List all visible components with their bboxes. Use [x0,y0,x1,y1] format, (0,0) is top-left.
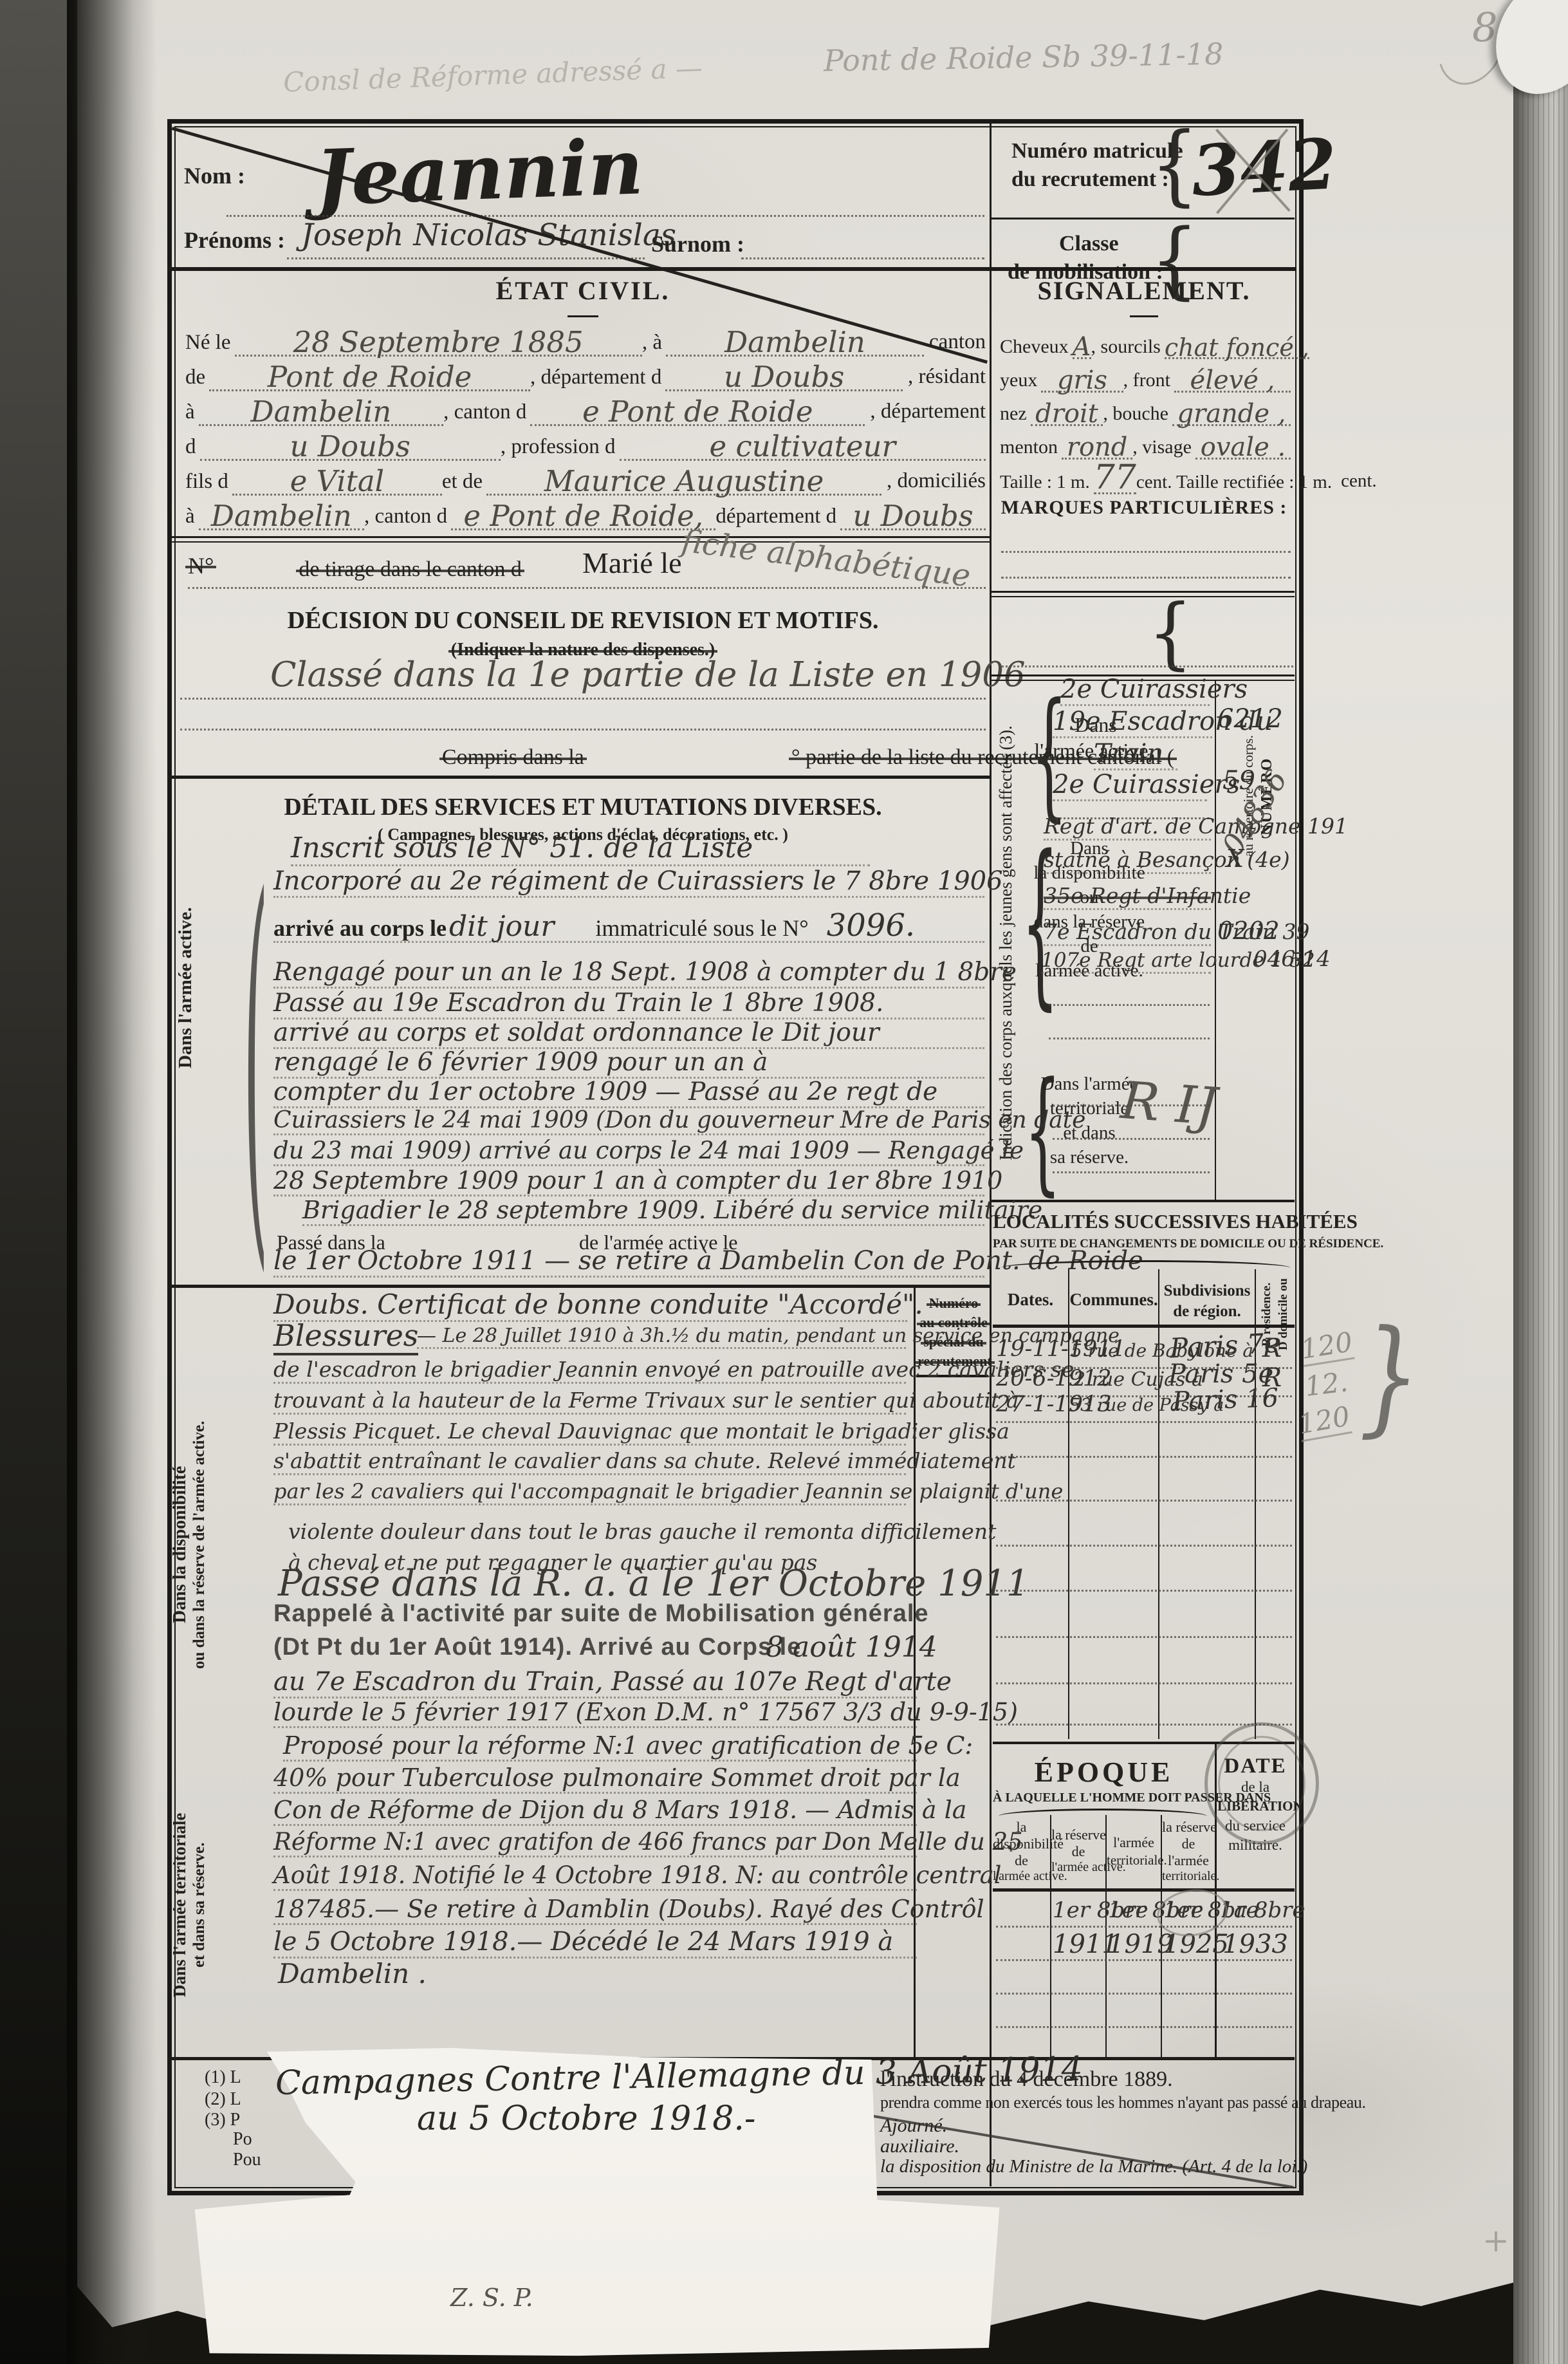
label: , visage [1132,437,1192,458]
epoque-v3a: 1er 8bre [1108,1897,1159,1923]
label: d [185,436,196,458]
localites-empty-line [996,1545,1292,1547]
services-line-8: Cuirassiers le 24 mai 1909 (Don du gouve… [273,1107,984,1135]
field: droit [1031,395,1103,426]
label: , domiciliés [887,469,986,493]
epoque-c2-h0: la réserve [1051,1827,1105,1843]
services-line-10: 28 Septembre 1909 pour 1 an à compter du… [273,1166,984,1196]
localites-title: LOCALITÉS SUCCESSIVES HABITÉES [993,1210,1295,1233]
marie-line [188,587,986,589]
decision-line-2 [180,729,986,731]
field: u Doubs [665,355,903,391]
label: , canton d [443,401,526,423]
corps-g2-entry-1: statné à Besançon (4e) [1044,847,1211,874]
reforme-line-0: Proposé pour la réforme N:1 avec gratifi… [283,1731,917,1762]
hand-segment: 3096. [827,907,915,944]
note-line-4: la disposition du Ministre de la Marine.… [880,2156,1307,2177]
field: Pont de Roide [209,355,530,391]
corps-g2-entry-0: Regt d'art. de Campgne 191 [1044,814,1211,841]
label: , département d [530,366,661,389]
corps-g2-num-4: 046-14 [1253,946,1331,972]
campagnes-line-1: au 5 Octobre 1918.- [417,2099,755,2138]
text: Numéro [929,1295,979,1311]
field: e Pont de Roide [530,390,865,426]
etat-civil-line-1: Né le 28 Septembre 1885 , à Dambelin can… [185,322,986,357]
label: , sourcils [1091,337,1161,357]
field: Dambelin [199,494,364,530]
printed-segment: immatriculé sous le N° [595,915,808,941]
nom-value: Jeannin [314,122,645,223]
matricule-label-2: du recrutement : [1011,167,1169,192]
tirage-strike-label: de tirage dans le canton d [299,557,521,581]
services-brace-active: ( [243,850,268,1274]
field: Dambelin [666,321,924,357]
localites-header-dates: Dates. [993,1290,1068,1310]
epoque-title: ÉPOQUE [993,1756,1215,1789]
epoque-v2a: 1er 8bre [1053,1897,1104,1923]
compris-label-a: Compris dans la [442,745,584,769]
marie-label: Marié le [582,546,682,580]
nom-line [226,215,984,217]
reforme-line-3: Réforme N:1 avec gratifon de 466 francs … [273,1828,917,1857]
corps-empty-line [1053,1171,1210,1173]
surnom-label: Surnom : [651,230,744,257]
field: élevé , [1174,361,1291,393]
mobilisation-arrivee-date: 8 août 1914 [766,1631,937,1664]
epoque-line [996,1926,1292,1928]
epoque-c1-h0: la [993,1819,1050,1836]
marques-line-1 [1001,551,1291,553]
corps-g1-entry-0: 2e Cuirassiers [1060,675,1210,706]
field: e Pont de Roide, [451,494,715,530]
tirage-no-label: N° [188,553,214,579]
degre-brace: { [1148,594,1193,672]
label: , département [870,400,986,423]
localites-row2-line [996,1421,1292,1423]
prenoms-label: Prénoms : [184,227,285,254]
blessures-line-3: Plessis Picquet. Le cheval Dauvignac que… [273,1419,906,1446]
stamp-rappele: Rappelé à l'activité par suite de Mobili… [273,1600,929,1628]
margin-note-120-b: 12. [1303,1366,1349,1402]
field: chat foncé , [1165,329,1309,359]
label: canton [929,330,986,354]
epoque-vda: 1a 8bre [1220,1897,1291,1923]
epoque-v2b: 1911 [1053,1930,1104,1959]
label: cent. [1341,470,1377,492]
pencil-note-top-right: Pont de Roide Sb 39-11-18 [824,37,1224,79]
signalement-rule-b [992,596,1295,597]
etat-civil-line-6: à Dambelin , canton d e Pont de Roide, d… [185,496,986,530]
epoque-c1-h2: de [993,1852,1050,1869]
field: ovale . [1195,428,1291,460]
services-rule [167,1285,991,1288]
margin-brace: } [1359,1314,1420,1440]
blessures-line-0: — Le 28 Juillet 1910 à 3h.½ du matin, pe… [417,1325,906,1349]
blessures-line-4: s'abattit entraînant le cavalier dans sa… [273,1448,906,1475]
matricule-underline [992,218,1295,219]
blessures-line-1: de l'escadron le brigadier Jeannin envoy… [273,1357,906,1384]
decision-classement: Classé dans la 1e partie de la Liste en … [270,655,1026,694]
marques-title: MARQUES PARTICULIÈRES : [993,497,1295,519]
etat-civil-rule-a [167,536,991,538]
epoque-c3-h0: l'armée [1107,1834,1161,1851]
blessures-line-2: trouvant à la hauteur de la Ferme Trivau… [273,1388,906,1415]
services-line-5: arrivé au corps et soldat ordonnance le … [273,1018,984,1049]
label: à [185,505,195,528]
page-edge-strip [1513,0,1568,2364]
etat-civil-title: ÉTAT CIVIL. [184,275,982,306]
field: grande , [1172,395,1291,426]
epoque-c2-h1: de [1051,1843,1105,1860]
epoque-c4-h2: l'armée [1162,1852,1215,1869]
mobilisation-line-3: au 7e Escadron du Train, Passé au 107e R… [273,1667,917,1699]
label: cent. Taille rectifiée : 1 m. [1136,472,1332,492]
nom-label: Nom : [184,162,245,189]
reforme-line-6: le 5 Octobre 1918.— Décédé le 24 Mars 19… [273,1927,917,1959]
reforme-line-2: Con de Réforme de Dijon du 8 Mars 1918. … [273,1796,917,1826]
field: 28 Septembre 1885 [235,321,642,357]
verifier-initials: Z. S. P. [450,2284,533,2312]
book-spine-shadow [0,0,77,2364]
localites-header-rule [993,1325,1295,1328]
localites-header-subdiv-2: de région. [1159,1303,1255,1321]
footnote-frag-3: Po [233,2129,252,2150]
label: Cheveux [1000,337,1069,357]
marques-line-2 [1001,577,1291,579]
label: , bouche [1103,404,1168,424]
services-line-2: arrivé au corps le dit jour immatriculé … [273,907,984,943]
label: , canton d [364,505,447,528]
printed-segment: arrivé au corps le [273,915,447,941]
corps-g2-num-3: 0202 [1217,917,1280,945]
label: menton [1000,437,1058,458]
footnote-frag-0: (1) L [205,2067,241,2088]
corps-g3-note: R IJ [1119,1070,1219,1137]
matricule-value: 342 [1190,124,1339,212]
decision-rule [167,776,991,779]
services-line-13: Doubs. Certificat de bonne conduite "Acc… [273,1289,907,1322]
side-label-armee-active: Dans l'armée active. [175,882,197,1094]
services-line-11: Brigadier le 28 septembre 1909. Libéré d… [302,1196,984,1226]
signalement-row-1: Cheveux A , sourcils chat foncé , [1000,327,1291,359]
services-line-1: Incorporé au 2e régiment de Cuirassiers … [273,866,984,898]
etat-civil-line-2: de Pont de Roide , département d u Doubs… [185,357,986,391]
epoque-c4-h1: de [1162,1836,1215,1852]
services-title: DÉTAIL DES SERVICES ET MUTATIONS DIVERSE… [184,793,982,821]
epoque-line [996,2026,1292,2028]
services-line-6: rengagé le 6 février 1909 pour un an à [273,1048,984,1079]
services-line-0: Inscrit sous le N° 51. de la Liste [291,832,870,866]
note-line-1: prendra comme non exercés tous les homme… [880,2093,1366,2112]
etat-civil-title-dash [567,315,598,317]
localites-empty-line [996,1682,1292,1684]
footnote-frag-2: (3) P [205,2110,240,2130]
field: u Doubs [200,425,501,461]
signalement-row-2: yeux gris , front élevé , [1000,360,1291,393]
label: département d [715,505,836,528]
decision-line-1 [180,698,986,700]
prenoms-line [287,257,645,259]
services-line-4: Passé au 19e Escadron du Train le 1 8bre… [273,989,984,1019]
epoque-c2-h2: l'armée active. [1051,1860,1105,1875]
reforme-line-1: 40% pour Tuberculose pulmonaire Sommet d… [273,1764,917,1794]
label: et de [442,470,483,493]
localites-header-subdiv-1: Subdivisions [1159,1282,1255,1300]
localites-empty-line [996,1590,1292,1592]
field: 77 [1094,454,1136,494]
signalement-rule-a [992,591,1295,593]
hand-segment: dit jour [449,910,554,943]
label: , résidant [908,365,986,389]
footnote-frag-1: (2) L [205,2089,241,2110]
surnom-line [741,257,984,259]
signalement-row-3: nez droit , bouche grande , [1000,394,1291,426]
field: e Vital [232,460,442,496]
etat-civil-line-3: à Dambelin , canton d e Pont de Roide , … [185,391,986,426]
label: , front [1123,370,1170,391]
decision-title: DÉCISION DU CONSEIL DE REVISION ET MOTIF… [184,606,982,635]
corps-g2-entry-3: 7e Escadron du Train 39 [1044,919,1211,946]
label: , profession d [501,436,616,458]
signalement-title-dash [1130,315,1158,317]
label: Né le [185,331,231,354]
margin-plus-mark: + [1482,2222,1509,2259]
blessures-label: Blessures [273,1318,418,1355]
corps-empty-line [1049,1038,1210,1039]
blessures-line-6: violente douleur dans tout le bras gauch… [288,1519,906,1544]
signalement-taille-row: Taille : 1 m. 77 cent. Taille rectifiée … [1000,461,1291,494]
field: Dambelin [199,390,443,426]
mobilisation-passe-ra: Passé dans la R. a. à le 1er Octobre 191… [278,1563,1029,1605]
classe-label-1: Classe [1059,232,1119,256]
services-line-3: Rengagé pour un an le 18 Sept. 1908 à co… [273,958,984,989]
services-line-9: du 23 mai 1909) arrivé au corps le 24 ma… [273,1137,984,1166]
blessures-line-5: par les 2 cavaliers qui l'accompagnait l… [273,1479,906,1505]
corps-empty-line [1053,1138,1210,1140]
epoque-vdb: 1933 [1220,1930,1291,1959]
side-label-dispo-2: ou dans la réserve de l'armée active. [190,1352,210,1738]
reforme-line-4: Août 1918. Notifié le 4 Octobre 1918. N:… [273,1861,917,1891]
corps-g2-entry-4: 107e Regt arte lourde 1 52 [1041,949,1211,974]
epoque-subtitle: À LAQUELLE L'HOMME DOIT PASSER DANS [993,1791,1215,1805]
reforme-line-7: Dambelin . [278,1958,427,1989]
localites-empty-line [996,1456,1292,1458]
etat-civil-line-4: d u Doubs , profession d e cultivateur [185,426,986,461]
epoque-v3b: 1919 [1108,1930,1159,1959]
epoque-header-rule [993,1888,1295,1892]
epoque-line [996,1993,1292,1995]
corps-g1-entry-1: 19e Escadron du [1053,707,1212,738]
etat-civil-line-5: fils d e Vital et de Maurice Augustine ,… [185,461,986,496]
degre-line [999,665,1293,667]
epoque-c3-h1: territoriale. [1107,1852,1161,1868]
localites-header-communes: Communes. [1069,1290,1158,1310]
reforme-line-5: 187485.— Se retire à Damblin (Doubs). Ra… [273,1895,917,1925]
corps-g1-entry-2: Train [1094,739,1177,770]
side-label-terr-1: Dans l'armée territoriale [170,1776,190,2034]
corps-g2-entry-2-struck: 35e Regt d'Infantie [1044,883,1211,910]
field: u Doubs [840,494,986,530]
corps-g2-num-1: X [1226,844,1244,873]
localites-row2-subdiv: Paris 16 [1172,1383,1279,1417]
epoque-c1-h1: disponibilité [993,1836,1050,1852]
label: yeux [1000,370,1037,391]
label: Taille : 1 m. [1000,472,1090,492]
label: de [185,366,205,389]
signalement-title: SIGNALEMENT. [993,275,1295,306]
etat-civil-rule-b [167,541,991,543]
services-line-12: le 1er Octobre 1911 — se retire à Dambel… [273,1246,984,1278]
side-label-terr-2: et dans sa réserve. [190,1789,210,2021]
localites-empty-line [996,1500,1292,1502]
field: gris [1041,361,1123,393]
scanned-military-register-sheet: Consl de Réforme adressé a — Pont de Roi… [0,0,1568,2364]
prenoms-value: Joseph Nicolas Stanislas [301,218,676,253]
gutter-shadow [67,0,157,2364]
services-line-7: compter du 1er octobre 1909 — Passé au 2… [273,1077,984,1108]
corps-g1-entry-3: 2e Cuirassiers [1053,770,1207,801]
mobilisation-line-4: lourde le 5 février 1917 (Exon D.M. n° 1… [273,1698,917,1728]
epoque-line [996,1959,1292,1961]
round-stamp [1204,1722,1319,1845]
field: Maurice Augustine [486,460,881,496]
epoque-c4-h3: territoriale. [1162,1869,1215,1884]
header-rule [167,267,1296,271]
localites-empty-line [996,1636,1292,1638]
signalement-row-4: menton rond , visage ovale . [1000,427,1291,460]
label: , à [642,331,662,354]
side-label-dispo-1: Dans la disponibilité [170,1364,190,1725]
label: nez [1000,404,1027,424]
controle-header-1: Numéro [918,1295,990,1312]
localites-subtitle: PAR SUITE DE CHANGEMENTS DE DOMICILE OU … [993,1237,1295,1251]
label: fils d [185,470,228,493]
epoque-c4-h0: la réserve [1162,1819,1215,1836]
note-line-3: auxiliaire. [880,2136,959,2157]
corps-empty-line [1053,1104,1210,1106]
corps-empty-line [1049,1004,1210,1006]
label: à [185,401,195,423]
corps-g3-label-3: sa réserve. [1028,1147,1150,1168]
epoque-c1-h3: l'armée active. [993,1869,1050,1884]
footnote-frag-4: Pou [233,2150,261,2170]
field: A [1073,328,1091,359]
stamp-rappele-2: (Dt Pt du 1er Août 1914). Arrivé au Corp… [273,1633,801,1661]
field: e cultivateur [620,425,986,461]
corps-g1-num-1: 6212 [1217,704,1283,734]
